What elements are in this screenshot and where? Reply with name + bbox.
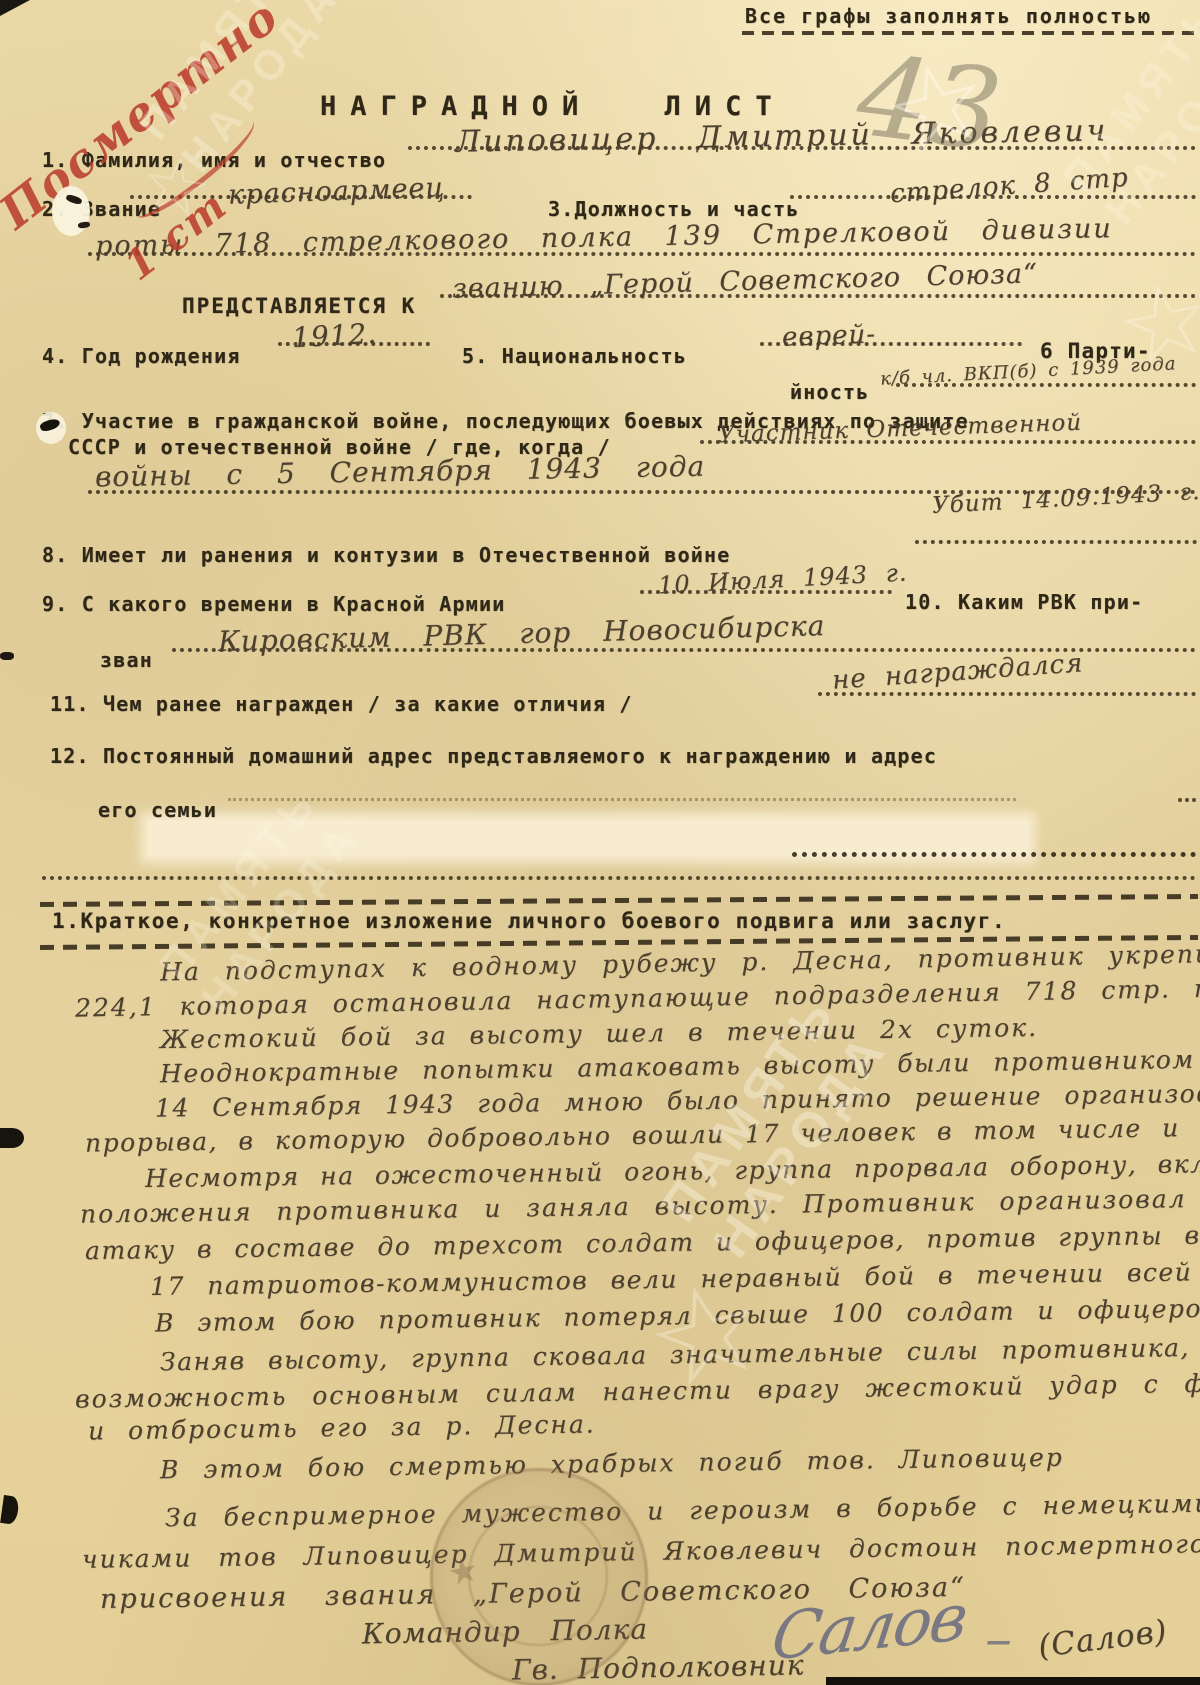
paper-tear: [52, 186, 90, 236]
dashed-underline: [742, 31, 1194, 35]
field-party-label-part2: йность: [790, 380, 869, 405]
feat-line: За беспримерное мужество и героизм в бор…: [165, 1488, 1200, 1533]
scan-artifact: [0, 1495, 20, 1525]
feat-section-heading: 1.Краткое, конкретное изложение личного …: [52, 908, 1006, 934]
scan-artifact: [78, 221, 91, 229]
field-rvk-label-part1: 10. Каким РВК при-: [905, 590, 1143, 615]
field-position-value: стрелок 8 стр: [889, 164, 1129, 210]
redacted-address-band: [148, 820, 1028, 856]
award-sheet-scan: ПАМЯТЬ НАРОДА ПАМЯТЬ НАРОДА ПАМЯТЬ НАРОД…: [0, 0, 1200, 1685]
field-previous-awards-label: 11. Чем ранее награжден / за какие отлич…: [50, 692, 633, 717]
field-birth-year-label: 4. Год рождения: [42, 344, 241, 369]
signature-dash: –: [985, 1608, 1013, 1670]
field-wounds-label: 8. Имеет ли ранения и контузии в Отечест…: [42, 543, 731, 568]
field-army-since-label: 9. С какого времени в Красной Армии: [42, 592, 505, 617]
round-stamp-inner-ring: [468, 1506, 608, 1646]
top-instruction-note: Все графы заполнять полностью: [745, 4, 1152, 29]
dotted-line: [915, 540, 1197, 544]
dashed-divider: [40, 894, 1198, 907]
feat-line: В этом бою смертью храбрых погиб тов. Ли…: [160, 1444, 1064, 1485]
scan-artifact: [826, 1677, 1200, 1685]
dotted-line-faded: [228, 798, 1016, 801]
feat-line: и отбросить его за р. Десна.: [88, 1410, 596, 1446]
field-address-label-line2: его семьи: [98, 798, 217, 823]
field-address-label-line1: 12. Постоянный домашний адрес представля…: [50, 744, 937, 769]
scan-artifact: [0, 1128, 24, 1148]
field-previous-awards-value: не награждался: [831, 649, 1084, 696]
field-nationality-value: еврей-: [782, 320, 877, 353]
dotted-line: [1178, 798, 1196, 802]
scan-artifact: [0, 0, 30, 16]
field-nationality-label: 5. Национальность: [462, 344, 687, 369]
field-presented-label: ПРЕДСТАВЛЯЕТСЯ К: [182, 293, 416, 319]
field-birth-year-value: 1912.: [291, 318, 378, 355]
feat-line: В этом бою противник потерял свыше 100 с…: [155, 1295, 1200, 1339]
page-number-pencil: 43: [852, 40, 1007, 169]
feat-line: 17 патриотов-коммунистов вели неравный б…: [150, 1257, 1200, 1302]
dotted-line: [42, 876, 1196, 880]
dotted-line: [792, 852, 1196, 857]
field-wounds-value: Убит 14.09.1943 г.: [931, 479, 1200, 519]
signature-name-clarification: (Салов): [1036, 1614, 1169, 1665]
scan-artifact: [0, 652, 14, 660]
field-rvk-label-part2: зван: [100, 648, 153, 673]
field-rank-value: красноармеец: [228, 172, 446, 211]
document-title: НАГРАДНОЙ ЛИСТ: [320, 90, 786, 124]
